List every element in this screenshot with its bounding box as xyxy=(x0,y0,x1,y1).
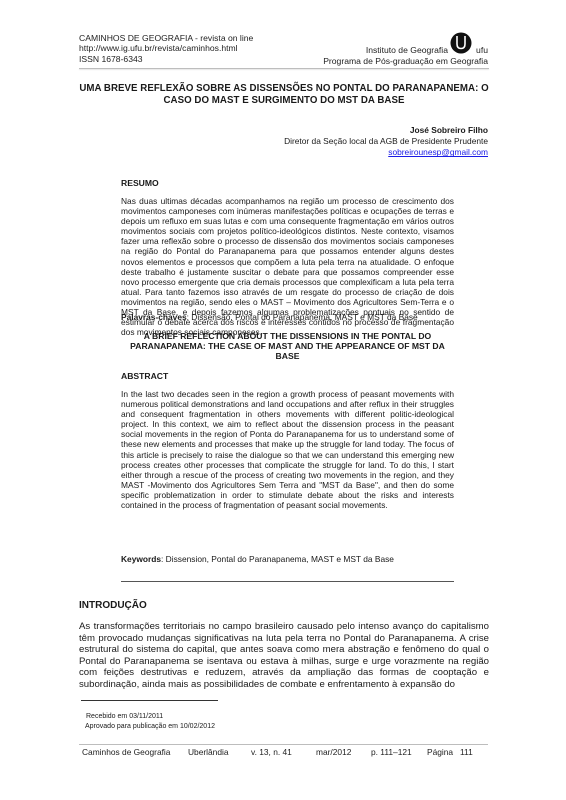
abstract-text: In the last two decades seen in the regi… xyxy=(121,389,454,510)
journal-name: CAMINHOS DE GEOGRAFIA - revista on line xyxy=(79,33,253,43)
footnote: Recebido em 03/11/2011 Aprovado para pub… xyxy=(86,712,215,732)
introduction-text: As transformações territoriais no campo … xyxy=(79,621,489,691)
keywords-value: : Dissension, Pontal do Paranapanema, MA… xyxy=(161,554,394,564)
program-name: Programa de Pós-graduação em Geografia xyxy=(268,56,488,67)
paper-title: UMA BREVE REFLEXÃO SOBRE AS DISSENSÕES N… xyxy=(79,83,489,106)
palavras-chave: Palavras-chaves: Dissensão, Pontal do Pa… xyxy=(121,312,454,322)
author-email-link[interactable]: sobreirounesp@gmail.com xyxy=(284,147,488,158)
abstract-divider xyxy=(121,581,454,582)
introduction-heading: INTRODUÇÃO xyxy=(79,600,147,611)
footer-pages: p. 111–121 xyxy=(371,747,412,757)
footer-date: mar/2012 xyxy=(316,747,351,757)
title-line: BASE xyxy=(121,351,454,361)
paper-page: CAMINHOS DE GEOGRAFIA - revista on line … xyxy=(0,0,566,800)
abstract-heading: ABSTRACT xyxy=(121,371,454,381)
keywords-label: Keywords xyxy=(121,554,161,564)
footer-city: Uberlândia xyxy=(188,747,229,757)
journal-issn: ISSN 1678-6343 xyxy=(79,54,253,64)
footer-page-number: 111 xyxy=(460,747,473,757)
keywords-value: : Dissensão, Pontal do Paranapanema, MAS… xyxy=(187,312,418,322)
header-divider xyxy=(79,68,489,69)
title-line: UMA BREVE REFLEXÃO SOBRE AS DISSENSÕES N… xyxy=(79,83,489,95)
footer-journal: Caminhos de Geografia xyxy=(82,747,170,757)
approved-date: Aprovado para publicação em 10/02/2012 xyxy=(85,722,215,732)
journal-url[interactable]: http://www.ig.ufu.br/revista/caminhos.ht… xyxy=(79,43,253,53)
institution-header: ufu Instituto de Geografia Programa de P… xyxy=(268,33,488,66)
keywords-label: Palavras-chaves xyxy=(121,312,187,322)
footer-page-label: Página xyxy=(427,747,453,757)
received-date: Recebido em 03/11/2011 xyxy=(86,712,215,722)
author-name: José Sobreiro Filho xyxy=(284,125,488,136)
footnote-divider xyxy=(81,700,218,701)
title-line: PARANAPANEMA: THE CASE OF MAST AND THE A… xyxy=(121,341,454,351)
footer-volume: v. 13, n. 41 xyxy=(251,747,292,757)
author-affiliation: Diretor da Seção local da AGB de Preside… xyxy=(284,136,488,147)
resumo-heading: RESUMO xyxy=(121,178,454,188)
author-block: José Sobreiro Filho Diretor da Seção loc… xyxy=(284,125,488,159)
keywords: Keywords: Dissension, Pontal do Paranapa… xyxy=(121,554,454,564)
institute-name: Instituto de Geografia xyxy=(366,45,448,55)
footer-divider xyxy=(79,744,488,745)
english-title: A BRIEF REFLECTION ABOUT THE DISSENSIONS… xyxy=(121,331,454,362)
journal-header: CAMINHOS DE GEOGRAFIA - revista on line … xyxy=(79,33,253,64)
title-line: A BRIEF REFLECTION ABOUT THE DISSENSIONS… xyxy=(121,331,454,341)
title-line: CASO DO MAST E SURGIMENTO DO MST DA BASE xyxy=(79,95,489,107)
